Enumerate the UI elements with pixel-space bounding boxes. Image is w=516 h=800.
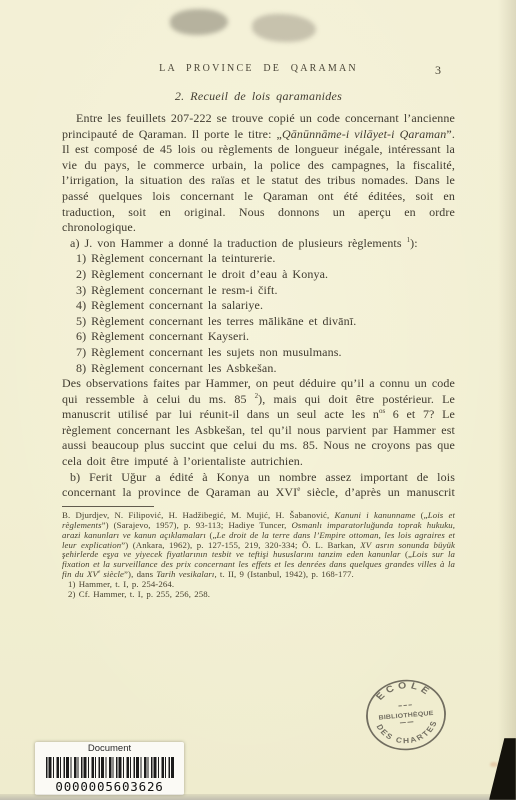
footnote-bibliography: B. Djurdjev, N. Filipović, H. Hadžibegić… [62,511,455,580]
regulation-list: 1) Règlement concernant la teinturerie. … [62,251,455,376]
scan-dark-corner [489,738,516,800]
text-column: Entre les feuillets 207-222 se trouve co… [62,111,455,600]
svg-text:ÉCOLE: ÉCOLE [373,678,434,703]
paragraph-observations: Des observations faites par Hammer, on p… [62,376,455,470]
list-item: 2) Règlement concernant le droit d’eau à… [62,267,455,283]
running-head-title: LA PROVINCE DE QARAMAN [62,63,455,74]
ink-smudge-2 [252,13,317,43]
footnote-2: 2) Cf. Hammer, t. I, p. 255, 256, 258. [62,590,455,600]
stamp-text-middle: BIBLIOTHÈQUE [378,708,434,721]
list-item: 7) Règlement concernant les sujets non m… [62,345,455,361]
footnote-separator [62,506,154,507]
running-head: LA PROVINCE DE QARAMAN 3 [62,63,455,77]
page-bottom-edge [0,794,516,800]
list-item: 1) Règlement concernant la teinturerie. [62,251,455,267]
paragraph-item-a: a) J. von Hammer a donné la traduction d… [62,236,455,252]
paragraph-item-b: b) Ferit Uğur a édité à Konya un nombre … [62,470,455,501]
list-item: 4) Règlement concernant la salariye. [62,298,455,314]
paper-stain [490,762,498,767]
library-stamp: ÉCOLE BIBLIOTHÈQUE DES CHARTES [361,674,451,755]
barcode-icon [46,757,174,778]
ink-smudge-1 [170,8,229,36]
section-title: 2. Recueil de lois qaramanides [62,89,455,104]
list-item: 8) Règlement concernant les Asbkešan. [62,361,455,377]
paragraph-intro: Entre les feuillets 207-222 se trouve co… [62,111,455,236]
page-edge-shadow [498,0,516,800]
list-item: 5) Règlement concernant les terres mālik… [62,314,455,330]
stamp-circle-icon: ÉCOLE BIBLIOTHÈQUE DES CHARTES [361,674,451,755]
footnotes: B. Djurdjev, N. Filipović, H. Hadžibegić… [62,511,455,600]
list-item: 6) Règlement concernant Kayseri. [62,329,455,345]
page-number: 3 [435,63,441,78]
book-page: LA PROVINCE DE QARAMAN 3 2. Recueil de l… [0,0,516,800]
barcode-number: 0000005603626 [55,780,163,794]
stamp-text-top: ÉCOLE [373,678,434,703]
barcode-label: Document 0000005603626 [35,742,184,795]
list-item: 3) Règlement concernant le resm-i čift. [62,283,455,299]
barcode-label-title: Document [88,744,131,754]
